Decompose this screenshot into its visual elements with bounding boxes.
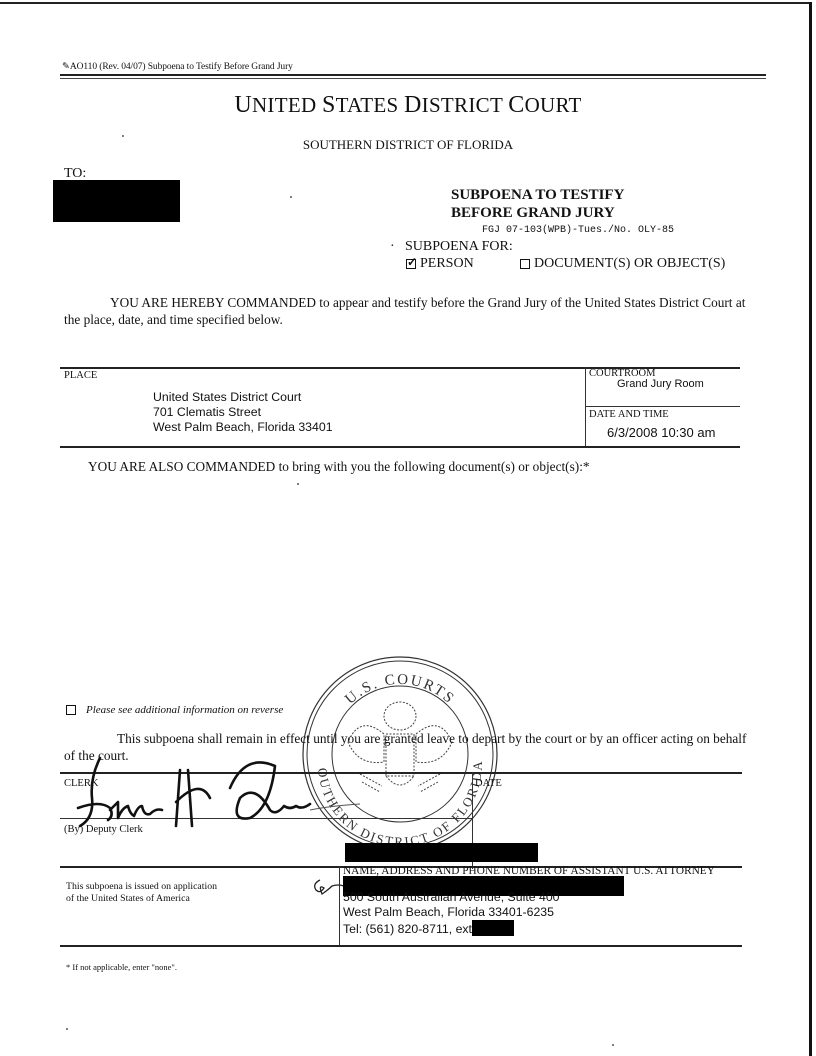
subpoena-title-line1: SUBPOENA TO TESTIFY xyxy=(451,186,624,204)
header-rule xyxy=(60,74,766,76)
footnote: * If not applicable, enter "none". xyxy=(66,962,177,972)
also-commanded: YOU ARE ALSO COMMANDED to bring with you… xyxy=(88,459,590,475)
initials-mark-icon xyxy=(310,876,344,898)
date-time-value: 6/3/2008 10:30 am xyxy=(607,425,715,440)
date-time-label: DATE AND TIME xyxy=(589,409,669,420)
issued-on-application: This subpoena is issued on application o… xyxy=(66,881,217,905)
bullet-mark: · xyxy=(390,239,395,255)
scan-speck xyxy=(297,483,299,485)
scan-speck xyxy=(122,135,124,137)
option-documents[interactable]: DOCUMENT(S) OR OBJECT(S) xyxy=(520,256,725,272)
court-title-text: TATES xyxy=(336,93,404,117)
court-title: UNITED STATES DISTRICT COURT xyxy=(0,92,816,119)
attorney-address: 500 South Australian Avenue, Suite 400 W… xyxy=(343,890,560,937)
redacted-attorney-signature xyxy=(345,843,538,862)
page-border-top xyxy=(0,2,812,4)
place-table-bottom-rule xyxy=(60,446,740,448)
subpoena-for-label: SUBPOENA FOR: xyxy=(405,239,513,255)
court-title-text: ISTRICT xyxy=(422,93,509,117)
court-title-text: OURT xyxy=(525,93,582,117)
case-number: FGJ 07-103(WPB)-Tues./No. OLY-85 xyxy=(482,225,674,236)
see-additional-label: Please see additional information on rev… xyxy=(86,704,283,716)
attorney-phone-text: Tel: (561) 820-8711, ext xyxy=(343,922,472,936)
redacted-recipient xyxy=(53,180,180,222)
issued-line: This subpoena is issued on application xyxy=(66,881,217,893)
attorney-address-line: West Palm Beach, Florida 33401-6235 xyxy=(343,905,560,920)
scan-speck xyxy=(612,1044,614,1046)
attorney-section-bottom-rule xyxy=(60,945,742,947)
place-address: United States District Court 701 Clemati… xyxy=(153,390,333,435)
place-line: 701 Clematis Street xyxy=(153,405,333,420)
redacted-extension xyxy=(472,920,514,936)
court-title-text: NITED xyxy=(252,93,322,117)
clerk-date-label: DATE xyxy=(475,778,502,789)
option-person[interactable]: PERSON xyxy=(406,256,474,272)
form-identifier: ✎AO110 (Rev. 04/07) Subpoena to Testify … xyxy=(62,61,293,72)
option-documents-label: DOCUMENT(S) OR OBJECT(S) xyxy=(534,256,725,272)
courtroom-date-divider xyxy=(585,406,740,407)
court-title-cap: D xyxy=(404,92,422,118)
checkbox-see-additional-icon[interactable] xyxy=(66,705,76,715)
place-table-divider xyxy=(585,367,586,447)
header-rule-thin xyxy=(60,78,766,79)
court-title-cap: S xyxy=(322,92,336,118)
attorney-phone: Tel: (561) 820-8711, ext xyxy=(343,920,560,937)
clerk-signature-icon xyxy=(70,748,370,833)
option-person-label: PERSON xyxy=(420,256,474,272)
issued-line: of the United States of America xyxy=(66,893,217,905)
checkbox-documents-icon[interactable] xyxy=(520,259,530,269)
scan-speck xyxy=(290,196,292,198)
checkbox-person-checked-icon[interactable] xyxy=(406,259,416,269)
place-line: West Palm Beach, Florida 33401 xyxy=(153,420,333,435)
scan-speck xyxy=(66,1028,68,1030)
place-line: United States District Court xyxy=(153,390,333,405)
courtroom-value: Grand Jury Room xyxy=(617,378,704,390)
attorney-address-line: 500 South Australian Avenue, Suite 400 xyxy=(343,890,560,905)
court-title-cap: C xyxy=(508,92,524,118)
commanded-paragraph: YOU ARE HEREBY COMMANDED to appear and t… xyxy=(64,294,750,328)
place-label: PLACE xyxy=(64,370,97,381)
district-name: SOUTHERN DISTRICT OF FLORIDA xyxy=(0,137,816,153)
subpoena-title: SUBPOENA TO TESTIFY BEFORE GRAND JURY xyxy=(451,186,624,222)
see-additional-info[interactable]: Please see additional information on rev… xyxy=(66,704,283,716)
court-title-cap: U xyxy=(234,92,252,118)
page-border-right xyxy=(809,2,812,1056)
subpoena-title-line2: BEFORE GRAND JURY xyxy=(451,204,624,222)
